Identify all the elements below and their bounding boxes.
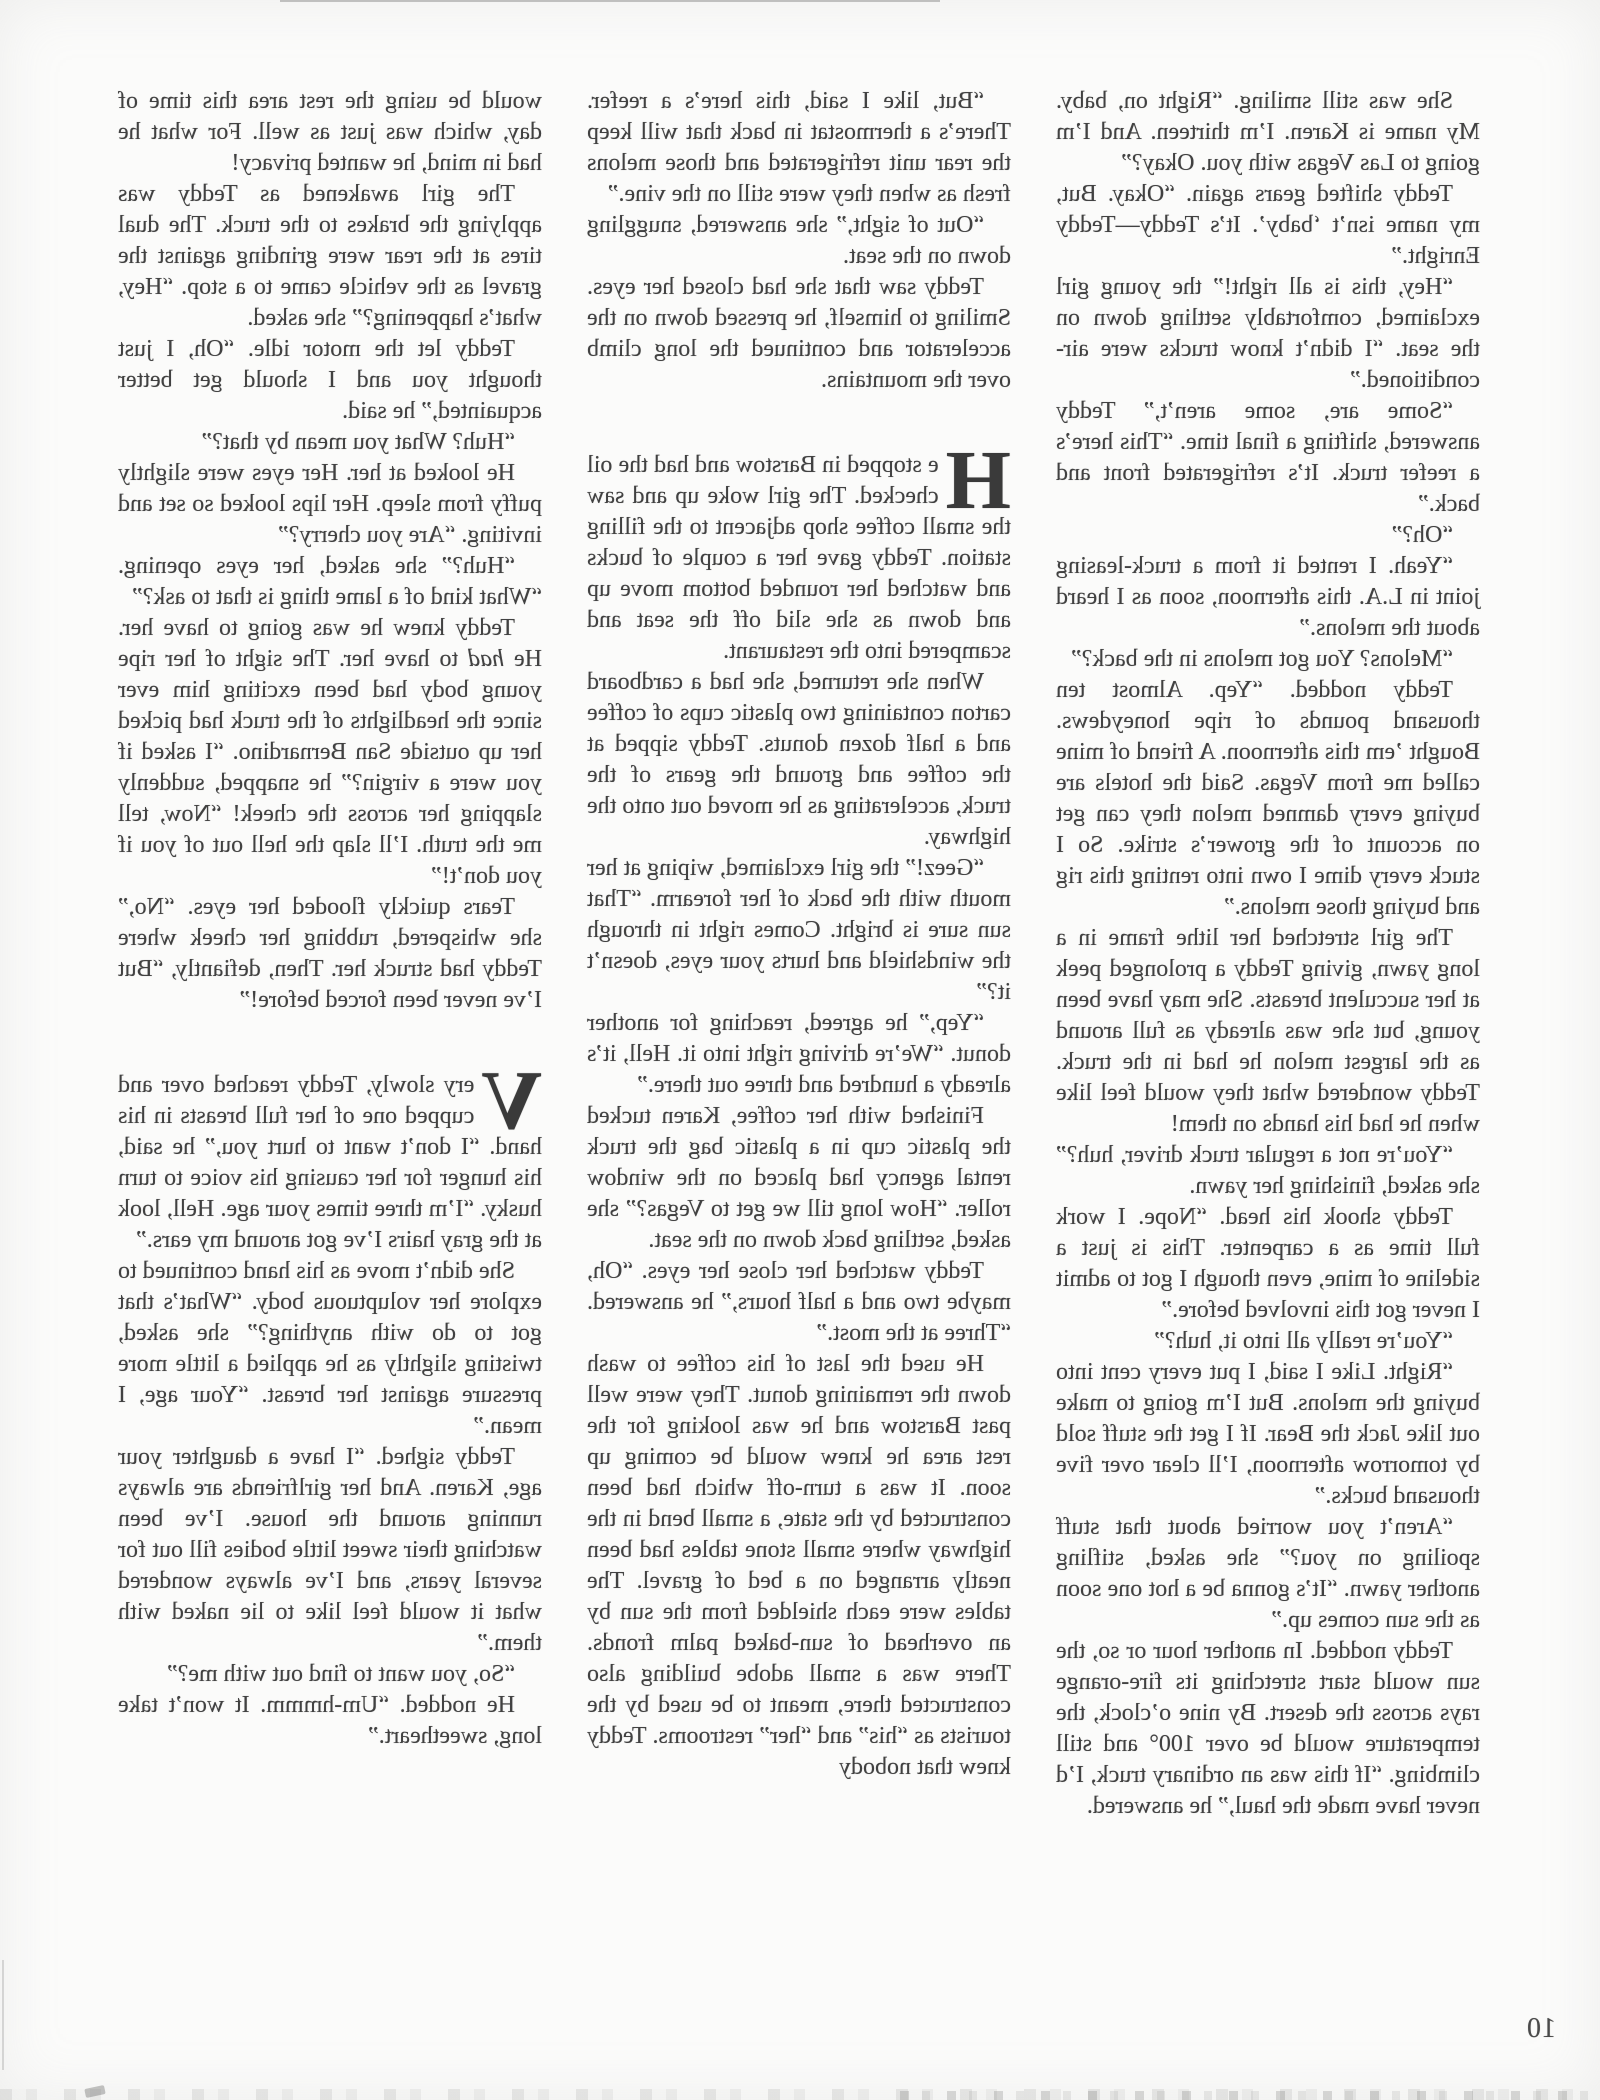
paragraph: Teddy saw that she had closed her eyes. … <box>587 272 1011 396</box>
paragraph: “Hey, this is all right!” the young girl… <box>1056 272 1480 396</box>
text-column-1: She was still smiling. “Right on, baby. … <box>1056 86 1480 1822</box>
paragraph: Teddy watched her close her eyes. “Oh, m… <box>587 1256 1011 1349</box>
paragraph: “You’re not a regular truck driver, huh?… <box>1056 1140 1480 1202</box>
paragraph: The girl stretched her lithe frame in a … <box>1056 923 1480 1140</box>
paragraph: When she returned, she had a cardboard c… <box>587 667 1011 853</box>
page-number: 10 <box>1526 2014 1556 2044</box>
paragraph: Teddy knew he was going to have her. He … <box>118 613 542 892</box>
paragraph: He used the last of his coffee to wash d… <box>587 1349 1011 1783</box>
paragraph: The girl awakened as Teddy was applying … <box>118 179 542 334</box>
mirrored-page-content: She was still smiling. “Right on, baby. … <box>0 0 1600 2100</box>
paragraph: Teddy nodded. In another hour or so, the… <box>1056 1636 1480 1822</box>
text-columns: She was still smiling. “Right on, baby. … <box>118 86 1480 1822</box>
paragraph: He looked at her. Her eyes were slightly… <box>118 458 542 551</box>
paragraph: “Huh?” she asked, her eyes opening. “Wha… <box>118 551 542 613</box>
paragraph: “Oh?” <box>1056 520 1480 551</box>
paragraph: “So, you want to find out with me?” <box>118 1659 542 1690</box>
paragraph: He stopped in Barstow and had the oil ch… <box>587 450 1011 667</box>
text-column-3: would be using the rest area this time o… <box>118 86 542 1822</box>
drop-cap-letter: V <box>481 1072 542 1129</box>
paragraph: He nodded. “Um-hmmm. It won’t take long,… <box>118 1690 542 1752</box>
paragraph: Teddy nodded. “Yep. Almost ten thousand … <box>1056 675 1480 923</box>
paragraph: Tears quickly flooded her eyes. “No,” sh… <box>118 892 542 1016</box>
paragraph: “Some are, some aren’t,” Teddy answered,… <box>1056 396 1480 520</box>
paragraph: “But, like I said, this here’s a reefer.… <box>587 86 1011 210</box>
paragraph: “Huh? What you mean by that?” <box>118 427 542 458</box>
paragraph: “Melons? You got melons in the back?” <box>1056 644 1480 675</box>
paragraph: “Right. Like I said, I put every cent in… <box>1056 1357 1480 1512</box>
book-page: She was still smiling. “Right on, baby. … <box>0 0 1600 2100</box>
paragraph: “Out of sight,” she answered, snuggling … <box>587 210 1011 272</box>
paragraph: Teddy sighed. “I have a daughter your ag… <box>118 1442 542 1659</box>
paragraph: Teddy shifted gears again. “Okay. But, m… <box>1056 179 1480 272</box>
paragraph: Very slowly, Teddy reached over and cupp… <box>118 1070 542 1256</box>
paragraph: would be using the rest area this time o… <box>118 86 542 179</box>
paragraph: “Geez!” the girl exclaimed, wiping at he… <box>587 853 1011 1008</box>
paragraph: “Yep,” he agreed, reaching for another d… <box>587 1008 1011 1101</box>
paragraph: Teddy let the motor idle. “Oh, I just th… <box>118 334 542 427</box>
paragraph: “Aren’t you worried about that stuff spo… <box>1056 1512 1480 1636</box>
drop-cap-letter: H <box>946 452 1011 509</box>
paragraph: She didn’t move as his hand continued to… <box>118 1256 542 1442</box>
paragraph: “You’re really all into it, huh?” <box>1056 1326 1480 1357</box>
paragraph: “Yeah. I rented it from a truck-leasing … <box>1056 551 1480 644</box>
paragraph: She was still smiling. “Right on, baby. … <box>1056 86 1480 179</box>
paragraph: Finished with her coffee, Karen tucked t… <box>587 1101 1011 1256</box>
paragraph: Teddy shook his head. “Nope. I work full… <box>1056 1202 1480 1326</box>
text-column-2: “But, like I said, this here’s a reefer.… <box>587 86 1011 1822</box>
